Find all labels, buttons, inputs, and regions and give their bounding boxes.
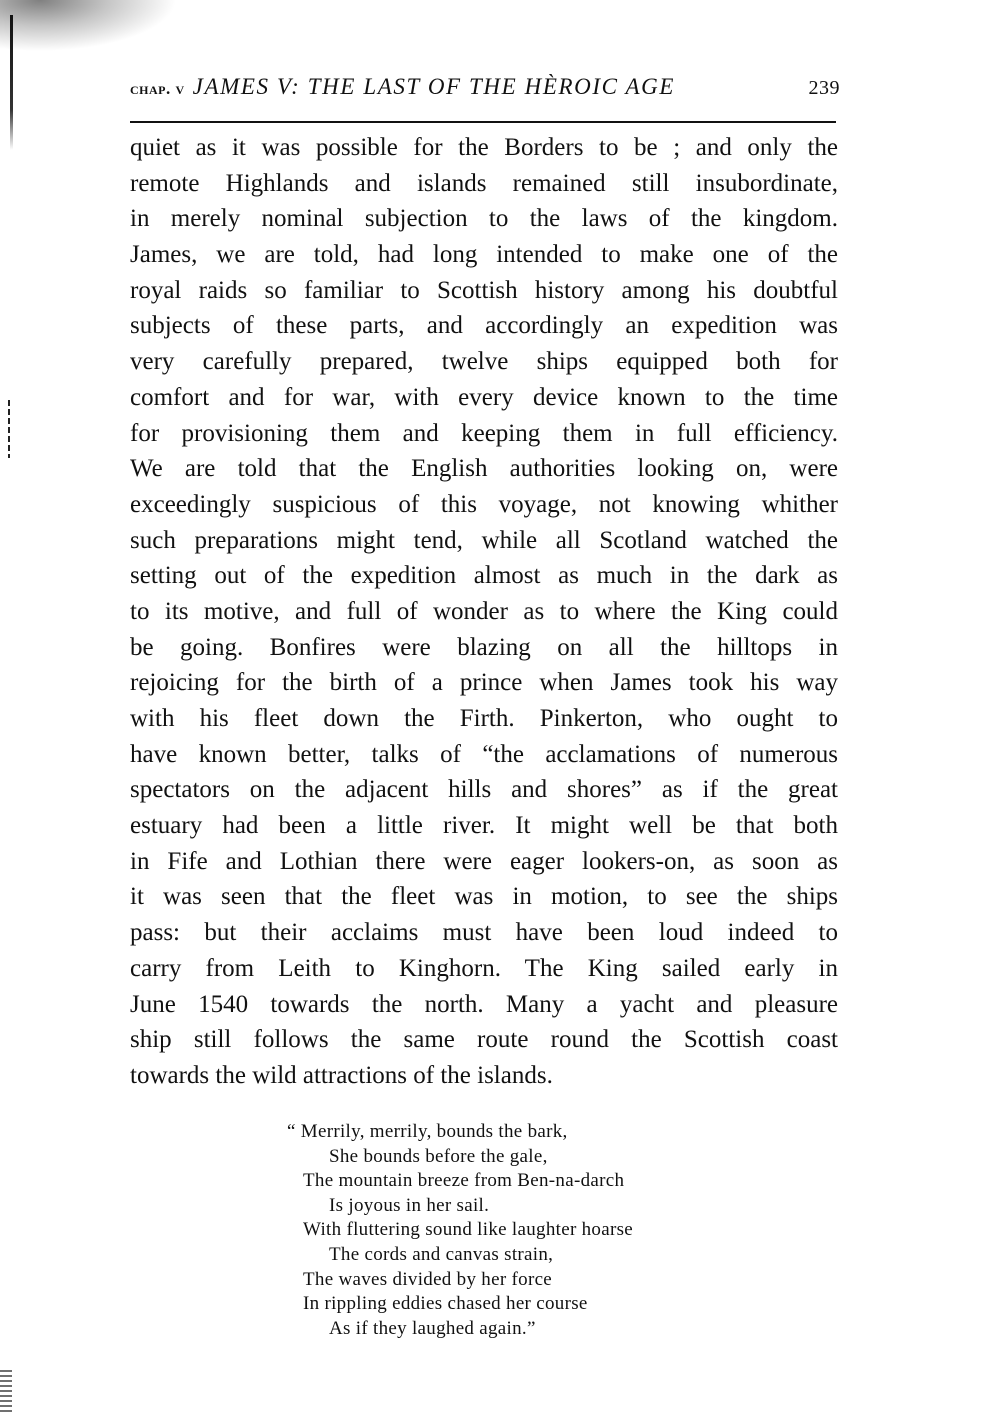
text-line: We are told that the English authorities… (130, 451, 838, 487)
text-line: with his fleet down the Firth. Pinkerton… (130, 701, 838, 737)
verse-line: As if they laughed again.” (287, 1317, 747, 1342)
body-paragraph: quiet as it was possible for the Borders… (130, 130, 838, 1094)
text-line: such preparations might tend, while all … (130, 523, 838, 559)
text-line: it was seen that the fleet was in motion… (130, 879, 838, 915)
header-rule (130, 121, 836, 123)
text-line: James, we are told, had long intended to… (130, 237, 838, 273)
text-line: rejoicing for the birth of a prince when… (130, 665, 838, 701)
text-line: exceedingly suspicious of this voyage, n… (130, 487, 838, 523)
text-line: be going. Bonfires were blazing on all t… (130, 630, 838, 666)
verse-line: The mountain breeze from Ben-na-darch (287, 1169, 747, 1194)
chapter-label: chap. v (130, 79, 185, 99)
page-number: 239 (809, 77, 841, 100)
verse-line: She bounds before the gale, (287, 1145, 747, 1170)
text-line: have known better, talks of “the acclama… (130, 737, 838, 773)
text-line: spectators on the adjacent hills and sho… (130, 772, 838, 808)
verse-line: The waves divided by her force (287, 1268, 747, 1293)
text-line: in merely nominal subjection to the laws… (130, 201, 838, 237)
scan-edge-mark (10, 15, 13, 150)
text-line: for provisioning them and keeping them i… (130, 416, 838, 452)
chapter-title: JAMES V: THE LAST OF THE HÈROIC AGE (193, 74, 675, 100)
text-line: remote Highlands and islands remained st… (130, 166, 838, 202)
verse-line: “ Merrily, merrily, bounds the bark, (287, 1120, 747, 1145)
scan-margin-mark (8, 400, 10, 458)
scan-shadow-corner (0, 0, 200, 60)
text-line: to its motive, and full of wonder as to … (130, 594, 838, 630)
text-line: estuary had been a little river. It migh… (130, 808, 838, 844)
text-line: comfort and for war, with every device k… (130, 380, 838, 416)
text-line: June 1540 towards the north. Many a yach… (130, 987, 838, 1023)
text-line: pass: but their acclaims must have been … (130, 915, 838, 951)
scan-speckle (0, 1370, 12, 1415)
text-line: ship still follows the same route round … (130, 1022, 838, 1058)
text-line: subjects of these parts, and accordingly… (130, 308, 838, 344)
verse-line: Is joyous in her sail. (287, 1194, 747, 1219)
running-head: chap. v JAMES V: THE LAST OF THE HÈROIC … (130, 74, 840, 108)
verse-line: In rippling eddies chased her course (287, 1292, 747, 1317)
text-line: carry from Leith to Kinghorn. The King s… (130, 951, 838, 987)
verse-line: The cords and canvas strain, (287, 1243, 747, 1268)
text-line: quiet as it was possible for the Borders… (130, 130, 838, 166)
text-line: towards the wild attractions of the isla… (130, 1058, 838, 1094)
text-line: very carefully prepared, twelve ships eq… (130, 344, 838, 380)
text-line: royal raids so familiar to Scottish hist… (130, 273, 838, 309)
verse-quotation: “ Merrily, merrily, bounds the bark, She… (287, 1120, 747, 1341)
text-line: setting out of the expedition almost as … (130, 558, 838, 594)
verse-line: With fluttering sound like laughter hoar… (287, 1218, 747, 1243)
text-line: in Fife and Lothian there were eager loo… (130, 844, 838, 880)
